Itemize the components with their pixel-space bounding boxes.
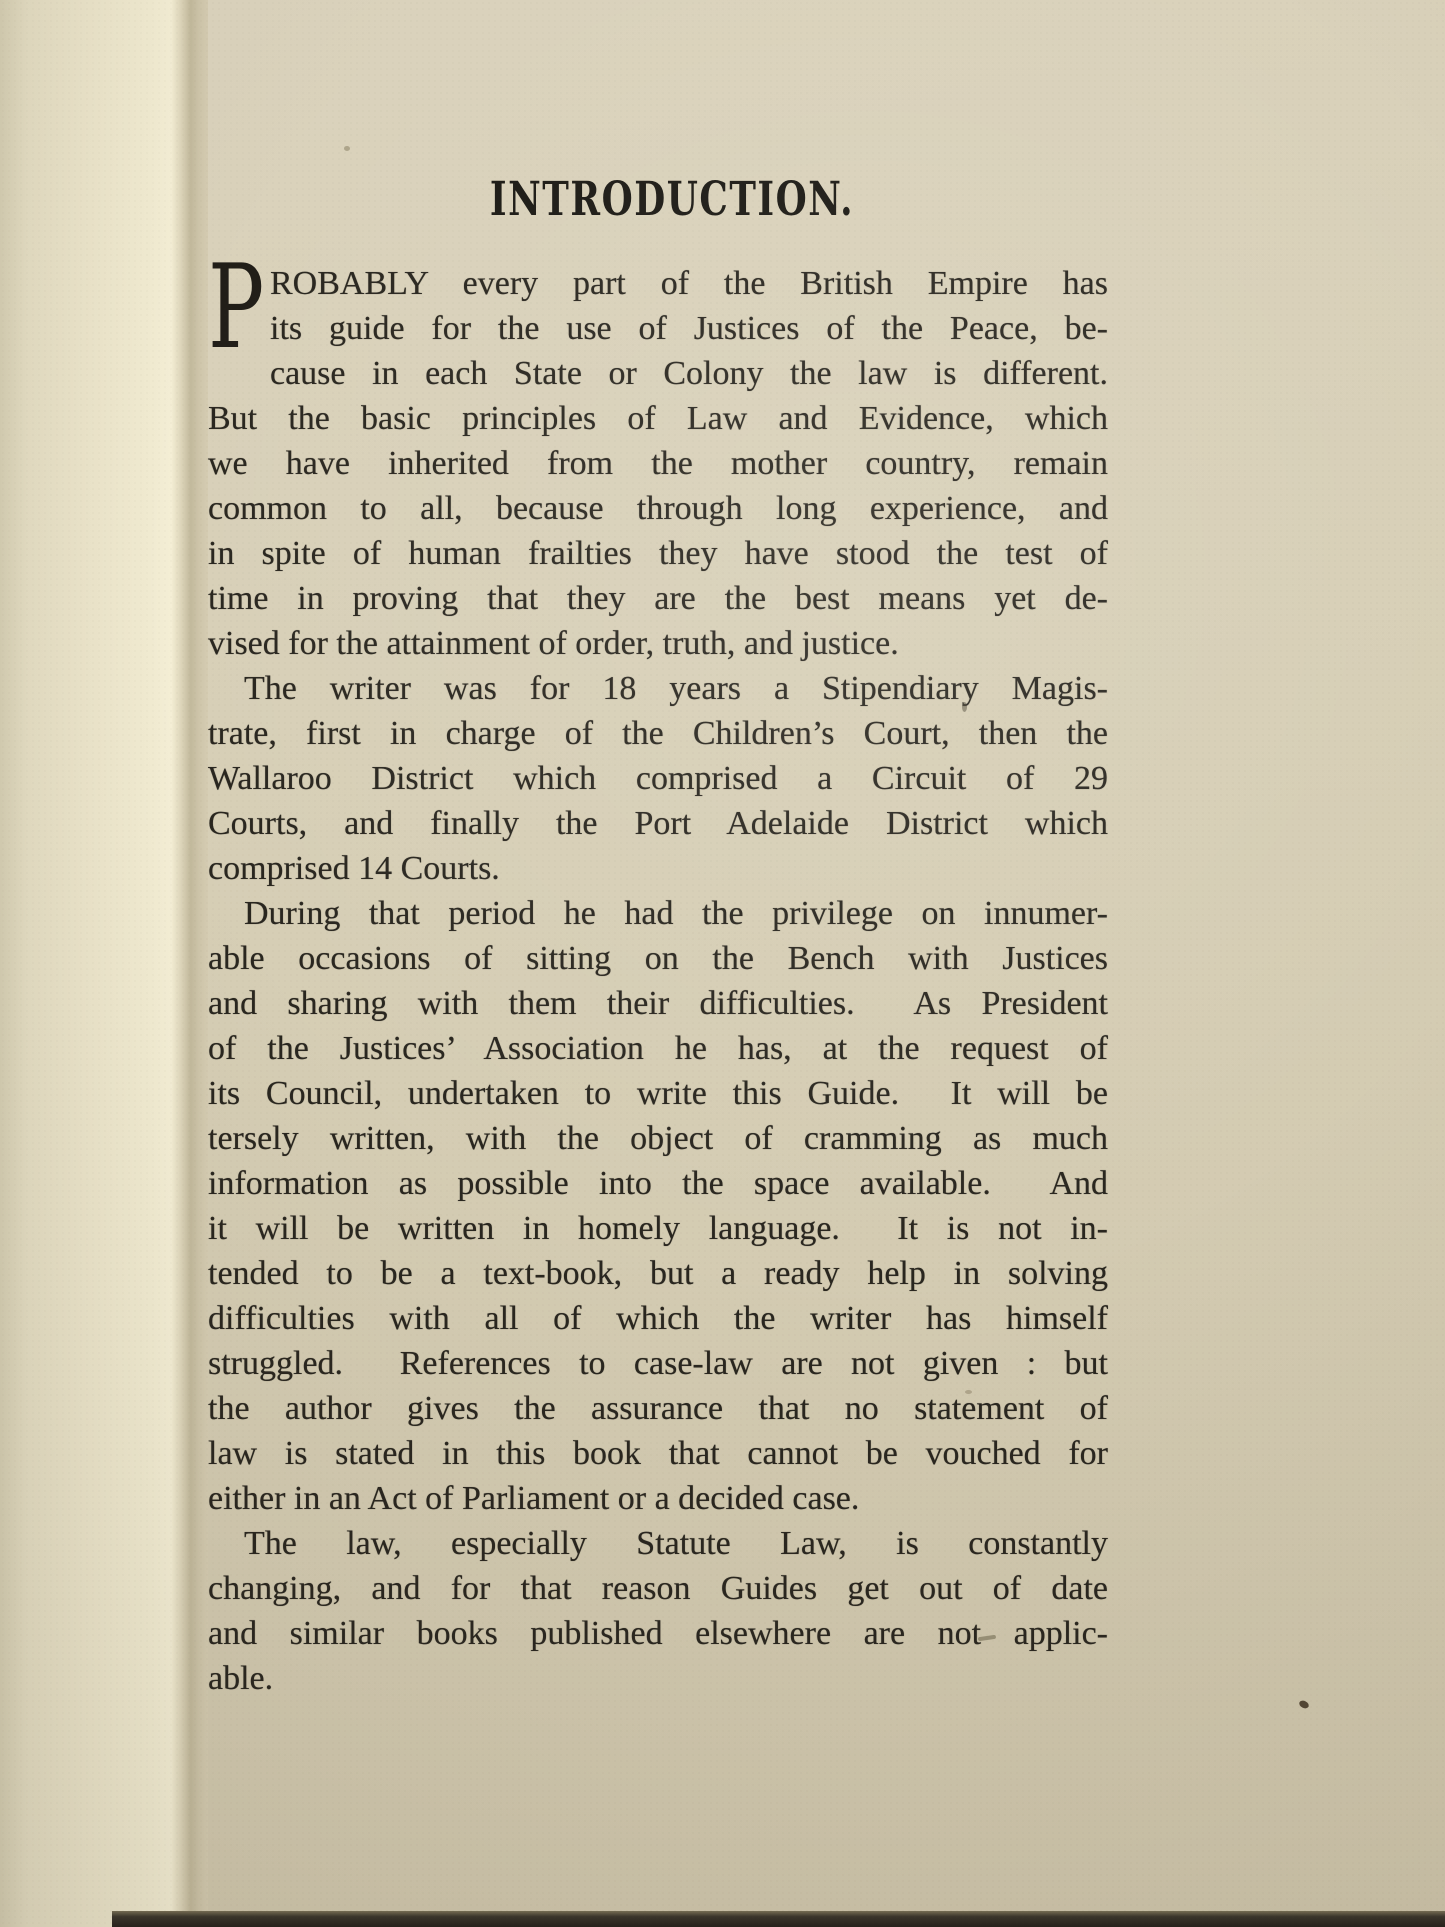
- text-line: its guide for the use of Justices of the…: [208, 306, 1108, 351]
- text-line: cause in each State or Colony the law is…: [208, 351, 1108, 396]
- text-line: But the basic principles of Law and Evid…: [208, 396, 1108, 441]
- gutter-crease: [172, 0, 208, 1927]
- text-line: information as possible into the space a…: [208, 1161, 1108, 1206]
- text-line: tersely written, with the object of cram…: [208, 1116, 1108, 1161]
- text-line: able occasions of sitting on the Bench w…: [208, 936, 1108, 981]
- paragraph: The law, especially Statute Law, is cons…: [208, 1521, 1108, 1701]
- text-line: vised for the attainment of order, truth…: [208, 621, 1108, 666]
- text-line: of the Justices’ Association he has, at …: [208, 1026, 1108, 1071]
- text-line: tended to be a text-book, but a ready he…: [208, 1251, 1108, 1296]
- page-body: PROBABLY every part of the British Empir…: [208, 261, 1108, 1701]
- text-line: time in proving that they are the best m…: [208, 576, 1108, 621]
- paragraph: PROBABLY every part of the British Empir…: [208, 261, 1108, 666]
- text-line: we have inherited from the mother countr…: [208, 441, 1108, 486]
- text-line: trate, first in charge of the Children’s…: [208, 711, 1108, 756]
- text-line: ROBABLY every part of the British Empire…: [208, 261, 1108, 306]
- text-line: The law, especially Statute Law, is cons…: [208, 1521, 1108, 1566]
- text-line: the author gives the assurance that no s…: [208, 1386, 1108, 1431]
- paper-speck: [344, 146, 350, 151]
- text-line: able.: [208, 1656, 1108, 1701]
- book-page-photo: INTRODUCTION. PROBABLY every part of the…: [0, 0, 1445, 1927]
- text-line: its Council, undertaken to write this Gu…: [208, 1071, 1108, 1116]
- table-edge: [112, 1911, 1445, 1927]
- text-line: law is stated in this book that cannot b…: [208, 1431, 1108, 1476]
- text-line: either in an Act of Parliament or a deci…: [208, 1476, 1108, 1521]
- text-line: and sharing with them their difficulties…: [208, 981, 1108, 1026]
- paragraph: The writer was for 18 years a Stipendiar…: [208, 666, 1108, 891]
- text-line: it will be written in homely language. I…: [208, 1206, 1108, 1251]
- text-line: comprised 14 Courts.: [208, 846, 1108, 891]
- text-line: The writer was for 18 years a Stipendiar…: [208, 666, 1108, 711]
- text-line: difficulties with all of which the write…: [208, 1296, 1108, 1341]
- text-line: Courts, and finally the Port Adelaide Di…: [208, 801, 1108, 846]
- left-page-edge: [0, 0, 172, 1927]
- page-text-block: INTRODUCTION. PROBABLY every part of the…: [208, 176, 1108, 1701]
- text-line: in spite of human frailties they have st…: [208, 531, 1108, 576]
- page-title: INTRODUCTION.: [330, 176, 1014, 223]
- text-line: struggled. References to case-law are no…: [208, 1341, 1108, 1386]
- text-line: common to all, because through long expe…: [208, 486, 1108, 531]
- text-line: During that period he had the privilege …: [208, 891, 1108, 936]
- drop-cap: P: [208, 263, 250, 353]
- text-line: changing, and for that reason Guides get…: [208, 1566, 1108, 1611]
- text-line: and similar books published elsewhere ar…: [208, 1611, 1108, 1656]
- text-line: Wallaroo District which comprised a Circ…: [208, 756, 1108, 801]
- paper-speck: [1298, 1699, 1310, 1710]
- paragraph: During that period he had the privilege …: [208, 891, 1108, 1521]
